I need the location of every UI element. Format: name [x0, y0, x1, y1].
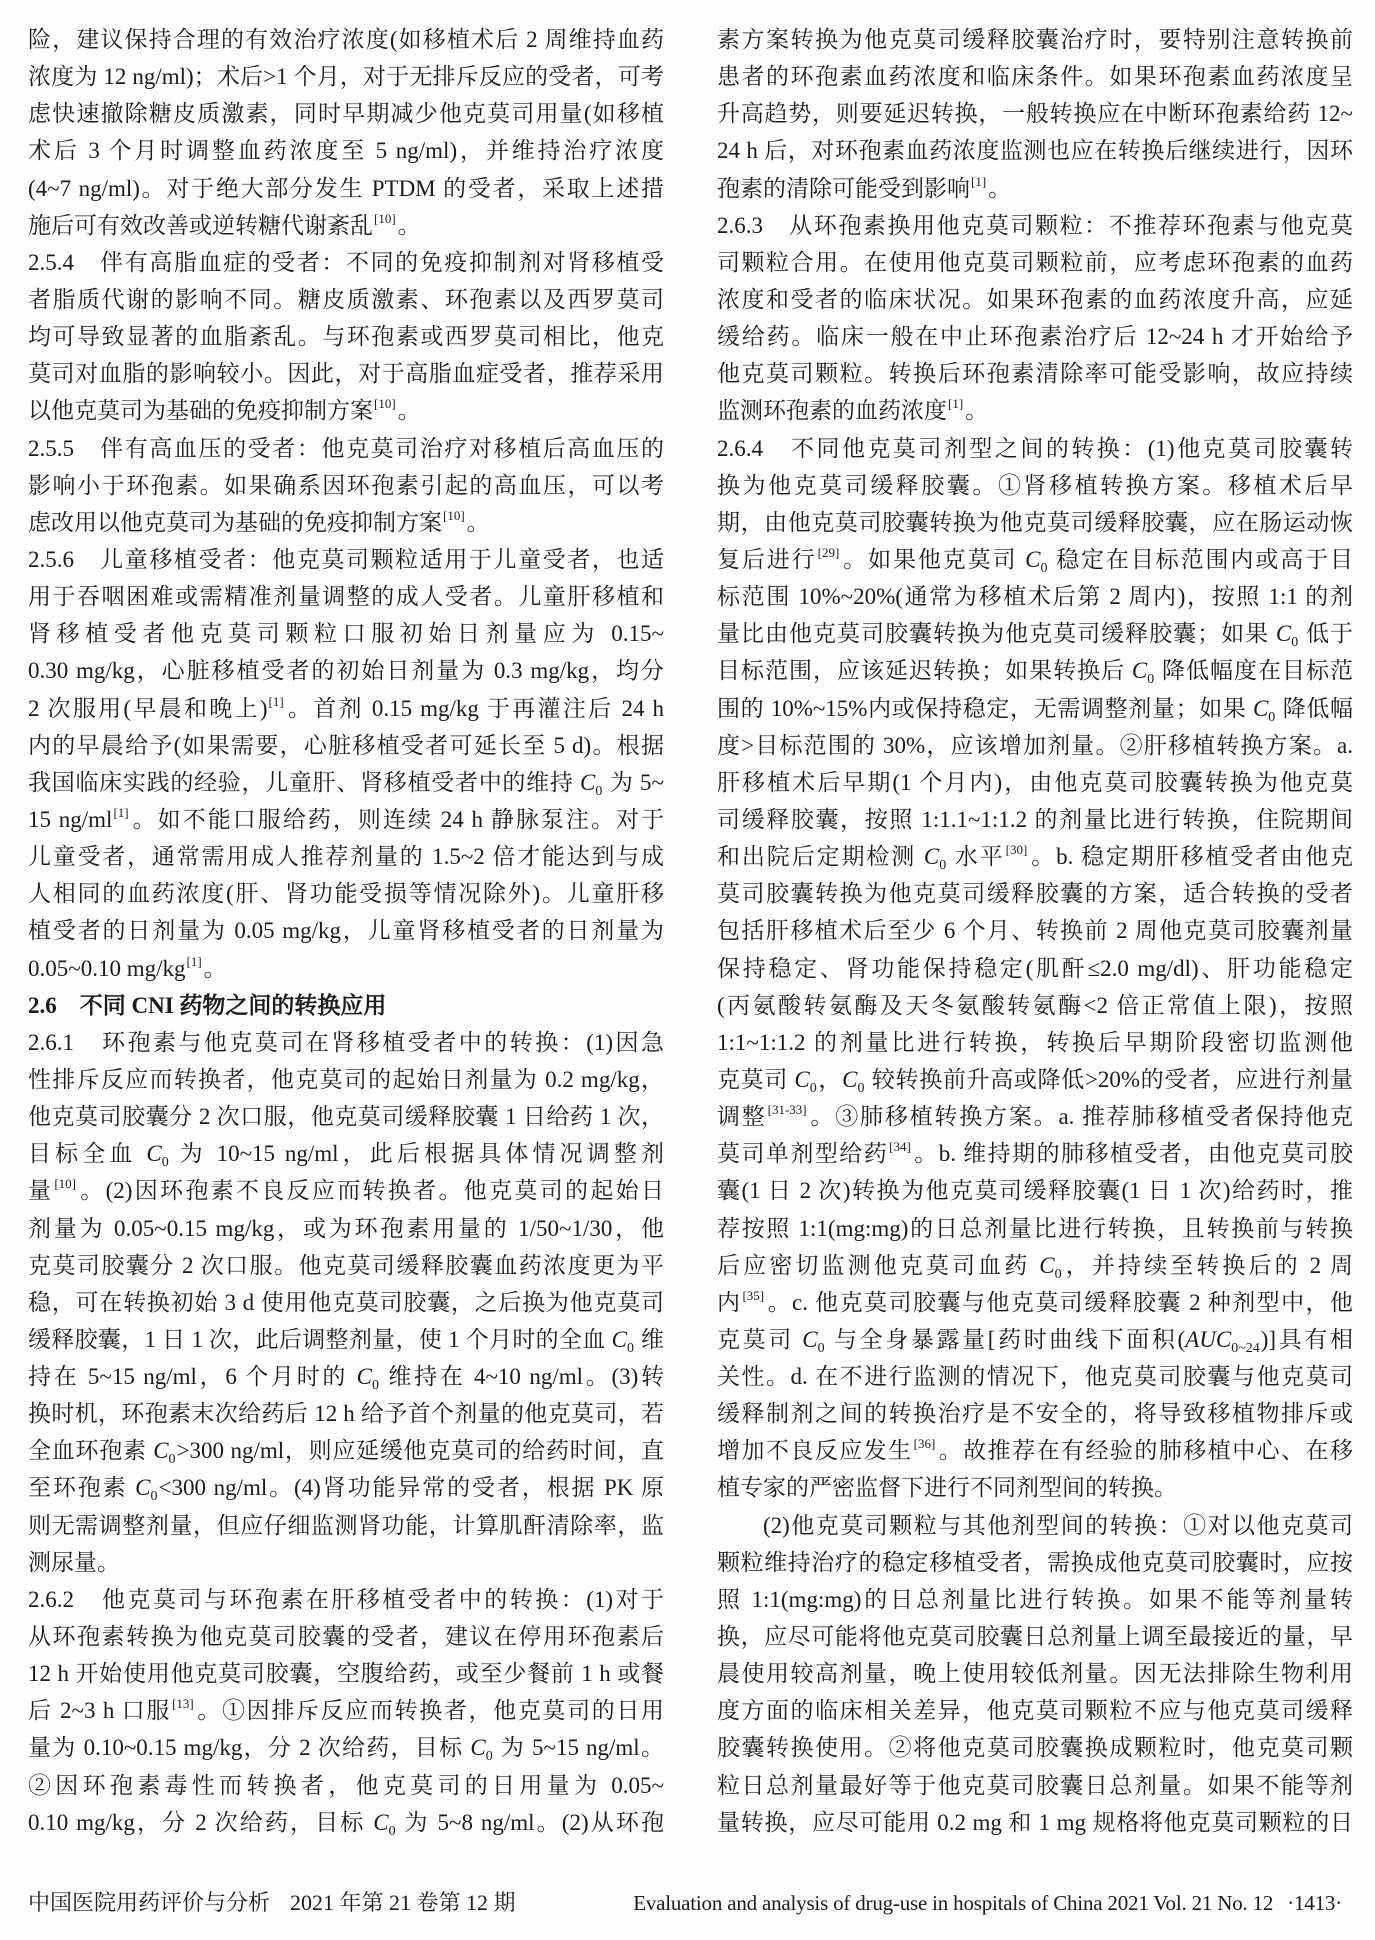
text-line: 儿童受者，通常需用成人推荐剂量的 1.5~2 倍才能达到与成 [28, 838, 664, 875]
text-line: 缓释制剂之间的转换治疗是不安全的，将导致移植物排斥或 [717, 1395, 1353, 1432]
text-line: 司缓释胶囊，按照 1:1.1~1:1.2 的剂量比进行转换，住院期间 [717, 801, 1353, 838]
text-line: 性排斥反应而转换者，他克莫司的起始日剂量为 0.2 mg/kg， [28, 1061, 664, 1098]
text-line: 度>目标范围的 30%，应该增加剂量。②肝移植转换方案。a. [717, 727, 1353, 764]
citation-superscript: [29] [818, 545, 840, 560]
text-line: 浓度和受者的临床状况。如果环孢素的血药浓度升高，应延 [717, 281, 1353, 318]
text-run: 。(2)因环孢素不良反应而转换者。他克莫司的起始日 [78, 1178, 664, 1203]
text-line: 照 1:1(mg:mg)的日总剂量比进行转换。如果不能等剂量转 [717, 1581, 1353, 1618]
text-run: 度方面的临床相关差异，他克莫司颗粒不应与他克莫司缓释 [717, 1698, 1353, 1723]
text-run: 以他克莫司为基础的免疫抑制方案 [28, 398, 373, 423]
text-run: 施后可有效改善或逆转糖代谢紊乱 [28, 213, 373, 238]
text-run: 植受者的日剂量为 0.05 mg/kg，儿童肾移植受者的日剂量为 [28, 918, 664, 943]
text-line: 植专家的严密监督下进行不同剂型间的转换。 [717, 1469, 1353, 1506]
text-line: 换时机，环孢素末次给药后 12 h 给予首个剂量的他克莫司，若 [28, 1395, 664, 1432]
text-run: 。 [965, 398, 988, 423]
text-line: 施后可有效改善或逆转糖代谢紊乱[10]。 [28, 207, 664, 244]
text-line: 内的早晨给予(如果需要，心脏移植受者可延长至 5 d)。根据 [28, 727, 664, 764]
text-run: 目标全血 [28, 1141, 146, 1166]
text-line: 他克莫司颗粒。转换后环孢素清除率可能受影响，故应持续 [717, 355, 1353, 392]
text-run: 缓给药。临床一般在中止环孢素治疗后 12~24 h 才开始给予 [717, 324, 1353, 349]
citation-superscript: [10] [374, 211, 396, 226]
text-run: 复后进行 [717, 547, 817, 572]
text-line: 持在 5~15 ng/ml，6 个月时的 C0 维持在 4~10 ng/ml。(… [28, 1358, 664, 1395]
citation-superscript: [35] [742, 1288, 764, 1303]
text-line: 司颗粒合用。在使用他克莫司颗粒前，应考虑环孢素的血药 [717, 244, 1353, 281]
text-run: 。如不能口服给药，则连续 24 h 静脉泵注。对于 [131, 807, 664, 832]
text-run: 量比由他克莫司胶囊转换为他克莫司缓释胶囊；如果 [717, 621, 1276, 646]
subscript: 0~24 [1231, 1341, 1260, 1356]
text-line: 后应密切监测他克莫司血药 C0，并持续至转换后的 2 周 [717, 1247, 1353, 1284]
text-line: (4~7 ng/ml)。对于绝大部分发生 PTDM 的受者，采取上述措 [28, 170, 664, 207]
text-run: 剂量为 0.05~0.15 mg/kg，或为环孢素用量的 1/50~1/30，他 [28, 1216, 664, 1241]
text-line: 包括肝移植术后至少 6 个月、转换前 2 周他克莫司胶囊剂量 [717, 912, 1353, 949]
text-run: 。 [398, 398, 421, 423]
citation-superscript: [1] [948, 396, 963, 411]
text-run: 2 次服用(早晨和晚上) [28, 696, 267, 721]
citation-superscript: [1] [113, 805, 128, 820]
text-line: 险，建议保持合理的有效治疗浓度(如移植术后 2 周维持血药 [28, 21, 664, 58]
subscript: 0 [389, 1824, 396, 1839]
text-line: 关性。d. 在不进行监测的情况下，他克莫司胶囊与他克莫司 [717, 1358, 1353, 1395]
text-run: 维 [635, 1327, 664, 1352]
text-run: 2.6.1 环孢素与他克莫司在肾移植受者中的转换：(1)因急 [28, 1030, 664, 1055]
text-run: 内 [717, 1290, 741, 1315]
italic-symbol: C [1132, 658, 1147, 683]
text-run: 水平 [947, 844, 1004, 869]
text-run: 围的 10%~15%内或保持稳定，无需调整剂量；如果 [717, 696, 1253, 721]
text-run: <300 ng/ml。(4)肾功能异常的受者，根据 PK 原 [158, 1475, 664, 1500]
text-line: (丙氨酸转氨酶及天冬氨酸转氨酶<2 倍正常值上限)，按照 [717, 987, 1353, 1024]
text-line: 度方面的临床相关差异，他克莫司颗粒不应与他克莫司缓释 [717, 1692, 1353, 1729]
text-run: 降低幅 [1276, 696, 1353, 721]
text-run: 后 2~3 h 口服 [28, 1698, 171, 1723]
text-run: 较转换前升高或降低>20%的受者，应进行剂量 [865, 1067, 1353, 1092]
text-run: 从环孢素转换为他克莫司胶囊的受者，建议在停用环孢素后 [28, 1624, 664, 1649]
text-run: 15 ng/ml [28, 807, 112, 832]
italic-symbol: AUC [1185, 1327, 1231, 1352]
text-run: 2.6.2 他克莫司与环孢素在肝移植受者中的转换：(1)对于 [28, 1587, 664, 1612]
journal-page: 险，建议保持合理的有效治疗浓度(如移植术后 2 周维持血药浓度为 12 ng/m… [0, 0, 1375, 1940]
subscript: 0 [372, 1378, 379, 1393]
text-run: 司缓释胶囊，按照 1:1.1~1:1.2 的剂量比进行转换，住院期间 [717, 807, 1353, 832]
left-column: 险，建议保持合理的有效治疗浓度(如移植术后 2 周维持血药浓度为 12 ng/m… [28, 21, 664, 1841]
text-line: 1:1~1:1.2 的剂量比进行转换，转换后早期阶段密切监测他 [717, 1024, 1353, 1061]
text-line: 稳，可在转换初始 3 d 使用他克莫司胶囊，之后换为他克莫司 [28, 1284, 664, 1321]
text-line: 缓释胶囊，1 日 1 次，此后调整剂量，使 1 个月时的全血 C0 维 [28, 1321, 664, 1358]
text-run: 莫司胶囊转换为他克莫司缓释胶囊的方案，适合转换的受者 [717, 881, 1353, 906]
text-run: 换为他克莫司缓释胶囊。①肾移植转换方案。移植术后早 [717, 473, 1353, 498]
italic-symbol: C [373, 1810, 388, 1835]
text-run: 则无需调整剂量，但应仔细监测肾功能，计算肌酐清除率，监 [28, 1513, 664, 1538]
text-line: 者脂质代谢的影响不同。糖皮质激素、环孢素以及西罗莫司 [28, 281, 664, 318]
text-run: 为 10~15 ng/ml，此后根据具体情况调整剂 [170, 1141, 664, 1166]
text-line: 肝移植术后早期(1 个月内)，由他克莫司胶囊转换为他克莫 [717, 764, 1353, 801]
text-run: 24 h 后，对环孢素血药浓度监测也应在转换后继续进行，因环 [717, 138, 1353, 163]
page-footer-left: 中国医院用药评价与分析2021 年第 21 卷第 12 期 [28, 1888, 516, 1918]
text-run: 他克莫司胶囊分 2 次口服，他克莫司缓释胶囊 1 日给药 1 次， [28, 1104, 664, 1129]
italic-symbol: C [357, 1364, 372, 1389]
text-run: 维持在 4~10 ng/ml。(3)转 [380, 1364, 664, 1389]
text-run: 1:1~1:1.2 的剂量比进行转换，转换后早期阶段密切监测他 [717, 1030, 1353, 1055]
italic-symbol: C [1025, 547, 1040, 572]
italic-symbol: C [612, 1327, 627, 1352]
citation-superscript: [1] [268, 694, 283, 709]
text-run: 0.10 mg/kg，分 2 次给药，目标 [28, 1810, 373, 1835]
text-run: 影响小于环孢素。如果确系因环孢素引起的高血压，可以考 [28, 473, 664, 498]
text-run: 者脂质代谢的影响不同。糖皮质激素、环孢素以及西罗莫司 [28, 287, 664, 312]
text-line: 晨使用较高剂量，晚上使用较低剂量。因无法排除生物利用 [717, 1655, 1353, 1692]
text-run: 术后 3 个月时调整血药浓度至 5 ng/ml)，并维持治疗浓度 [28, 138, 664, 163]
text-line: 荐按照 1:1(mg:mg)的日总剂量比进行转换，且转换前与转换 [717, 1210, 1353, 1247]
page-number: ·1413· [1287, 1891, 1342, 1915]
text-run: 升高趋势，则要延迟转换，一般转换应在中断环孢素给药 12~ [717, 101, 1353, 126]
text-line: 植受者的日剂量为 0.05 mg/kg，儿童肾移植受者的日剂量为 [28, 912, 664, 949]
citation-superscript: [36] [914, 1436, 936, 1451]
italic-symbol: C [1276, 621, 1291, 646]
text-run: )]具有相 [1261, 1327, 1353, 1352]
citation-superscript: [1] [971, 174, 986, 189]
citation-superscript: [13] [172, 1696, 194, 1711]
text-run: 持在 5~15 ng/ml，6 个月时的 [28, 1364, 357, 1389]
text-run: 2.5.5 伴有高血压的受者：他克莫司治疗对移植后高血压的 [28, 436, 664, 461]
text-run: 浓度和受者的临床状况。如果环孢素的血药浓度升高，应延 [717, 287, 1353, 312]
text-run: 内的早晨给予(如果需要，心脏移植受者可延长至 5 d)。根据 [28, 733, 664, 758]
text-line: 12 h 开始使用他克莫司胶囊，空腹给药，或至少餐前 1 h 或餐 [28, 1655, 664, 1692]
text-run: 低于 [1299, 621, 1353, 646]
text-run: 克莫司 [717, 1327, 802, 1352]
text-line: 内[35]。c. 他克莫司胶囊与他克莫司缓释胶囊 2 种剂型中，他 [717, 1284, 1353, 1321]
italic-symbol: C [1253, 696, 1268, 721]
text-run: 缓释制剂之间的转换治疗是不安全的，将导致移植物排斥或 [717, 1401, 1353, 1426]
text-run: 颗粒维持治疗的稳定移植受者，需换成他克莫司胶囊时，应按 [717, 1550, 1353, 1575]
text-line: 围的 10%~15%内或保持稳定，无需调整剂量；如果 C0 降低幅 [717, 690, 1353, 727]
section-heading: 2.6 不同 CNI 药物之间的转换应用 [28, 993, 386, 1018]
text-line: 粒日总剂量最好等于他克莫司胶囊日总剂量。如果不能等剂 [717, 1767, 1353, 1804]
italic-symbol: C [1039, 1253, 1054, 1278]
text-line: 监测环孢素的血药浓度[1]。 [717, 392, 1353, 429]
text-run: 后应密切监测他克莫司血药 [717, 1253, 1039, 1278]
subscript: 0 [857, 1081, 864, 1096]
text-run: 。 [204, 956, 227, 981]
text-run: 监测环孢素的血药浓度 [717, 398, 947, 423]
text-line: 15 ng/ml[1]。如不能口服给药，则连续 24 h 静脉泵注。对于 [28, 801, 664, 838]
text-run: 换时机，环孢素末次给药后 12 h 给予首个剂量的他克莫司，若 [28, 1401, 664, 1426]
text-run: 换，应尽可能将他克莫司胶囊日总剂量上调至最接近的量，早 [717, 1624, 1353, 1649]
text-run: 我国临床实践的经验，儿童肝、肾移植受者中的维持 [28, 770, 580, 795]
footer-journal-title-cn: 中国医院用药评价与分析 [28, 1890, 270, 1915]
text-run: 照 1:1(mg:mg)的日总剂量比进行转换。如果不能等剂量转 [717, 1587, 1353, 1612]
text-run: 均可导致显著的血脂紊乱。与环孢素或西罗莫司相比，他克 [28, 324, 664, 349]
text-run: 胶囊转换使用。②将他克莫司胶囊换成颗粒时，他克莫司颗 [717, 1735, 1353, 1760]
text-run: 粒日总剂量最好等于他克莫司胶囊日总剂量。如果不能等剂 [717, 1773, 1353, 1798]
italic-symbol: C [580, 770, 595, 795]
subscript: 0 [627, 1341, 634, 1356]
text-line: 全血环孢素 C0>300 ng/ml，则应延缓他克莫司的给药时间，直 [28, 1432, 664, 1469]
text-line: 影响小于环孢素。如果确系因环孢素引起的高血压，可以考 [28, 467, 664, 504]
text-run: 虑改用以他克莫司为基础的免疫抑制方案 [28, 510, 442, 535]
text-run: 素方案转换为他克莫司缓释胶囊治疗时，要特别注意转换前 [717, 27, 1353, 52]
text-line: 克莫司 C0，C0 较转换前升高或降低>20%的受者，应进行剂量 [717, 1061, 1353, 1098]
text-line: 换，应尽可能将他克莫司胶囊日总剂量上调至最接近的量，早 [717, 1618, 1353, 1655]
citation-superscript: [31-33] [768, 1102, 807, 1117]
subscript: 0 [810, 1081, 817, 1096]
subscript: 0 [162, 1155, 169, 1170]
text-line: 克莫司 C0 与全身暴露量[药时曲线下面积(AUC0~24)]具有相 [717, 1321, 1353, 1358]
text-line: 标范围 10%~20%(通常为移植术后第 2 周内)，按照 1:1 的剂 [717, 578, 1353, 615]
text-run: 与全身暴露量[药时曲线下面积( [826, 1327, 1186, 1352]
text-line: 素方案转换为他克莫司缓释胶囊治疗时，要特别注意转换前 [717, 21, 1353, 58]
text-run: 司颗粒合用。在使用他克莫司颗粒前，应考虑环孢素的血药 [717, 250, 1353, 275]
text-line: 虑快速撤除糖皮质激素，同时早期减少他克莫司用量(如移植 [28, 95, 664, 132]
text-line: 期，由他克莫司胶囊转换为他克莫司缓释胶囊，应在肠运动恢 [717, 504, 1353, 541]
text-run: 。 [398, 213, 421, 238]
text-line: 2.5.4 伴有高脂血症的受者：不同的免疫抑制剂对肾移植受 [28, 244, 664, 281]
text-run: 量为 0.10~0.15 mg/kg，分 2 次给药，目标 [28, 1735, 470, 1760]
text-run: 度>目标范围的 30%，应该增加剂量。②肝移植转换方案。a. [717, 733, 1353, 758]
text-line: 增加不良反应发生[36]。故推荐在有经验的肺移植中心、在移 [717, 1432, 1353, 1469]
text-run: 。b. 稳定期肝移植受者由他克 [1029, 844, 1353, 869]
text-line: 克莫司胶囊分 2 次口服。他克莫司缓释胶囊血药浓度更为平 [28, 1247, 664, 1284]
text-line: 0.05~0.10 mg/kg[1]。 [28, 950, 664, 987]
text-line: 2.6.1 环孢素与他克莫司在肾移植受者中的转换：(1)因急 [28, 1024, 664, 1061]
text-line: 2.6.3 从环孢素换用他克莫司颗粒：不推荐环孢素与他克莫 [717, 207, 1353, 244]
section-heading-line: 2.6 不同 CNI 药物之间的转换应用 [28, 987, 664, 1024]
text-run: 囊(1 日 2 次)转换为他克莫司缓释胶囊(1 日 1 次)给药时，推 [717, 1178, 1353, 1203]
text-run: ，并持续至转换后的 2 周 [1063, 1253, 1353, 1278]
text-run: 。如果他克莫司 [841, 547, 1025, 572]
citation-superscript: [30] [1006, 842, 1028, 857]
text-run: 包括肝移植术后至少 6 个月、转换前 2 周他克莫司胶囊剂量 [717, 918, 1353, 943]
subscript: 0 [939, 858, 946, 873]
text-line: 莫司胶囊转换为他克莫司缓释胶囊的方案，适合转换的受者 [717, 875, 1353, 912]
citation-superscript: [10] [54, 1176, 76, 1191]
text-line: 2 次服用(早晨和晚上)[1]。首剂 0.15 mg/kg 于再灌注后 24 h [28, 690, 664, 727]
text-run: 目标范围，应该延迟转换；如果转换后 [717, 658, 1132, 683]
right-column: 素方案转换为他克莫司缓释胶囊治疗时，要特别注意转换前患者的环孢素血药浓度和临床条… [717, 21, 1353, 1841]
text-run: 增加不良反应发生 [717, 1438, 913, 1463]
italic-symbol: C [153, 1438, 168, 1463]
text-run: (2)他克莫司颗粒与其他剂型间的转换：①对以他克莫司 [763, 1513, 1353, 1538]
text-line: 量[10]。(2)因环孢素不良反应而转换者。他克莫司的起始日 [28, 1172, 664, 1209]
text-line: 量为 0.10~0.15 mg/kg，分 2 次给药，目标 C0 为 5~15 … [28, 1729, 664, 1766]
text-run: 全血环孢素 [28, 1438, 153, 1463]
text-run: 克莫司胶囊分 2 次口服。他克莫司缓释胶囊血药浓度更为平 [28, 1253, 664, 1278]
citation-superscript: [10] [374, 396, 396, 411]
text-line: 我国临床实践的经验，儿童肝、肾移植受者中的维持 C0 为 5~ [28, 764, 664, 801]
text-run: 至环孢素 [28, 1475, 135, 1500]
text-line: 量转换，应尽可能用 0.2 mg 和 1 mg 规格将他克莫司颗粒的日 [717, 1804, 1353, 1841]
italic-symbol: C [924, 844, 939, 869]
text-run: 为 5~ [603, 770, 664, 795]
text-run: 调整 [717, 1104, 767, 1129]
text-run: 标范围 10%~20%(通常为移植术后第 2 周内)，按照 1:1 的剂 [717, 584, 1353, 609]
subscript: 0 [1055, 1267, 1062, 1282]
text-run: >300 ng/ml，则应延缓他克莫司的给药时间，直 [177, 1438, 664, 1463]
text-run: 2.5.4 伴有高脂血症的受者：不同的免疫抑制剂对肾移植受 [28, 250, 664, 275]
text-line: 莫司单剂型给药[34]。b. 维持期的肺移植受者，由他克莫司胶 [717, 1135, 1353, 1172]
text-run: 肝移植术后早期(1 个月内)，由他克莫司胶囊转换为他克莫 [717, 770, 1353, 795]
text-line: 用于吞咽困难或需精准剂量调整的成人受者。儿童肝移植和 [28, 578, 664, 615]
text-run: 险，建议保持合理的有效治疗浓度(如移植术后 2 周维持血药 [28, 27, 664, 52]
text-line: 目标全血 C0 为 10~15 ng/ml，此后根据具体情况调整剂 [28, 1135, 664, 1172]
subscript: 0 [169, 1452, 176, 1467]
text-line: 缓给药。临床一般在中止环孢素治疗后 12~24 h 才开始给予 [717, 318, 1353, 355]
text-run: 2.6.4 不同他克莫司剂型之间的转换：(1)他克莫司胶囊转 [717, 436, 1353, 461]
text-line: (2)他克莫司颗粒与其他剂型间的转换：①对以他克莫司 [717, 1507, 1353, 1544]
subscript: 0 [818, 1341, 825, 1356]
italic-symbol: C [470, 1735, 485, 1760]
text-run: 虑快速撤除糖皮质激素，同时早期减少他克莫司用量(如移植 [28, 101, 664, 126]
subscript: 0 [1291, 635, 1298, 650]
text-line: 肾移植受者他克莫司颗粒口服初始日剂量应为 0.15~ [28, 615, 664, 652]
text-run: 为 5~15 ng/ml。 [494, 1735, 664, 1760]
text-line: 2.6.4 不同他克莫司剂型之间的转换：(1)他克莫司胶囊转 [717, 430, 1353, 467]
citation-superscript: [1] [186, 954, 201, 969]
subscript: 0 [150, 1489, 157, 1504]
text-run: 。 [988, 176, 1011, 201]
text-run: ②因环孢素毒性而转换者，他克莫司的日用量为 0.05~ [28, 1773, 664, 1798]
text-line: 2.6.2 他克莫司与环孢素在肝移植受者中的转换：(1)对于 [28, 1581, 664, 1618]
text-line: 则无需调整剂量，但应仔细监测肾功能，计算肌酐清除率，监 [28, 1507, 664, 1544]
subscript: 0 [1268, 710, 1275, 725]
text-run: 晨使用较高剂量，晚上使用较低剂量。因无法排除生物利用 [717, 1661, 1353, 1686]
text-line: 颗粒维持治疗的稳定移植受者，需换成他克莫司胶囊时，应按 [717, 1544, 1353, 1581]
text-line: ②因环孢素毒性而转换者，他克莫司的日用量为 0.05~ [28, 1767, 664, 1804]
text-run: 关性。d. 在不进行监测的情况下，他克莫司胶囊与他克莫司 [717, 1364, 1353, 1389]
text-run: 儿童受者，通常需用成人推荐剂量的 1.5~2 倍才能达到与成 [28, 844, 664, 869]
text-line: 莫司对血脂的影响较小。因此，对于高脂血症受者，推荐采用 [28, 355, 664, 392]
text-run: 0.30 mg/kg，心脏移植受者的初始日剂量为 0.3 mg/kg，均分 [28, 658, 664, 683]
text-line: 升高趋势，则要延迟转换，一般转换应在中断环孢素给药 12~ [717, 95, 1353, 132]
text-run: 莫司单剂型给药 [717, 1141, 888, 1166]
text-run: 患者的环孢素血药浓度和临床条件。如果环孢素血药浓度呈 [717, 64, 1353, 89]
text-line: 和出院后定期检测 C0 水平[30]。b. 稳定期肝移植受者由他克 [717, 838, 1353, 875]
text-line: 均可导致显著的血脂紊乱。与环孢素或西罗莫司相比，他克 [28, 318, 664, 355]
text-line: 后 2~3 h 口服[13]。①因排斥反应而转换者，他克莫司的日用 [28, 1692, 664, 1729]
text-line: 胶囊转换使用。②将他克莫司胶囊换成颗粒时，他克莫司颗 [717, 1729, 1353, 1766]
text-run: 2.6.3 从环孢素换用他克莫司颗粒：不推荐环孢素与他克莫 [717, 213, 1353, 238]
italic-symbol: C [842, 1067, 857, 1092]
text-run: 0.05~0.10 mg/kg [28, 956, 185, 981]
text-line: 目标范围，应该延迟转换；如果转换后 C0 降低幅度在目标范 [717, 652, 1353, 689]
text-run: 。③肺移植转换方案。a. 推荐肺移植受者保持他克 [809, 1104, 1353, 1129]
text-run: 用于吞咽困难或需精准剂量调整的成人受者。儿童肝移植和 [28, 584, 664, 609]
text-run: 保持稳定、肾功能保持稳定(肌酐≤2.0 mg/dl)、肝功能稳定 [717, 956, 1353, 981]
text-run: 植专家的严密监督下进行不同剂型间的转换。 [717, 1475, 1177, 1500]
text-run: 量转换，应尽可能用 0.2 mg 和 1 mg 规格将他克莫司颗粒的日 [717, 1810, 1353, 1835]
text-line: 换为他克莫司缓释胶囊。①肾移植转换方案。移植术后早 [717, 467, 1353, 504]
text-line: 他克莫司胶囊分 2 次口服，他克莫司缓释胶囊 1 日给药 1 次， [28, 1098, 664, 1135]
subscript: 0 [1147, 672, 1154, 687]
subscript: 0 [595, 784, 602, 799]
text-line: 术后 3 个月时调整血药浓度至 5 ng/ml)，并维持治疗浓度 [28, 132, 664, 169]
text-run: 缓释胶囊，1 日 1 次，此后调整剂量，使 1 个月时的全血 [28, 1327, 612, 1352]
text-run: 性排斥反应而转换者，他克莫司的起始日剂量为 0.2 mg/kg， [28, 1067, 664, 1092]
text-run: 测尿量。 [28, 1550, 120, 1575]
text-line: 调整[31-33]。③肺移植转换方案。a. 推荐肺移植受者保持他克 [717, 1098, 1353, 1135]
text-run: 他克莫司颗粒。转换后环孢素清除率可能受影响，故应持续 [717, 361, 1353, 386]
italic-symbol: C [802, 1327, 817, 1352]
footer-issue-cn: 2021 年第 21 卷第 12 期 [290, 1890, 516, 1915]
text-line: 测尿量。 [28, 1544, 664, 1581]
text-run: 期，由他克莫司胶囊转换为他克莫司缓释胶囊，应在肠运动恢 [717, 510, 1353, 535]
text-run: 浓度为 12 ng/ml)；术后>1 个月，对于无排斥反应的受者，可考 [28, 64, 664, 89]
text-line: 复后进行[29]。如果他克莫司 C0 稳定在目标范围内或高于目 [717, 541, 1353, 578]
text-run: 量 [28, 1178, 53, 1203]
text-line: 以他克莫司为基础的免疫抑制方案[10]。 [28, 392, 664, 429]
text-run: 。①因排斥反应而转换者，他克莫司的日用 [196, 1698, 664, 1723]
text-run: (4~7 ng/ml)。对于绝大部分发生 PTDM 的受者，采取上述措 [28, 176, 664, 201]
text-run: 。故推荐在有经验的肺移植中心、在移 [937, 1438, 1353, 1463]
text-line: 0.10 mg/kg，分 2 次给药，目标 C0 为 5~8 ng/ml。(2)… [28, 1804, 664, 1841]
text-run: 孢素的清除可能受到影响 [717, 176, 970, 201]
text-run: 。b. 维持期的肺移植受者，由他克莫司胶 [913, 1141, 1353, 1166]
text-line: 囊(1 日 2 次)转换为他克莫司缓释胶囊(1 日 1 次)给药时，推 [717, 1172, 1353, 1209]
citation-superscript: [10] [443, 508, 465, 523]
text-run: 稳定在目标范围内或高于目 [1048, 547, 1353, 572]
subscript: 0 [486, 1749, 493, 1764]
text-run: 2.5.6 儿童移植受者：他克莫司颗粒适用于儿童受者，也适 [28, 547, 664, 572]
text-run: (丙氨酸转氨酶及天冬氨酸转氨酶<2 倍正常值上限)，按照 [717, 993, 1353, 1018]
text-line: 2.5.5 伴有高血压的受者：他克莫司治疗对移植后高血压的 [28, 430, 664, 467]
citation-superscript: [34] [889, 1139, 911, 1154]
text-line: 保持稳定、肾功能保持稳定(肌酐≤2.0 mg/dl)、肝功能稳定 [717, 950, 1353, 987]
text-line: 剂量为 0.05~0.15 mg/kg，或为环孢素用量的 1/50~1/30，他 [28, 1210, 664, 1247]
text-run: 。首剂 0.15 mg/kg 于再灌注后 24 h [286, 696, 664, 721]
text-run: 肾移植受者他克莫司颗粒口服初始日剂量应为 0.15~ [28, 621, 664, 646]
text-line: 从环孢素转换为他克莫司胶囊的受者，建议在停用环孢素后 [28, 1618, 664, 1655]
text-run: 12 h 开始使用他克莫司胶囊，空腹给药，或至少餐前 1 h 或餐 [28, 1661, 664, 1686]
footer-journal-title-en: Evaluation and analysis of drug-use in h… [633, 1891, 1273, 1915]
text-line: 至环孢素 C0<300 ng/ml。(4)肾功能异常的受者，根据 PK 原 [28, 1469, 664, 1506]
italic-symbol: C [794, 1067, 809, 1092]
text-run: 。c. 他克莫司胶囊与他克莫司缓释胶囊 2 种剂型中，他 [766, 1290, 1353, 1315]
text-run: 莫司对血脂的影响较小。因此，对于高脂血症受者，推荐采用 [28, 361, 664, 386]
text-run: 降低幅度在目标范 [1155, 658, 1353, 683]
text-run: 。 [467, 510, 490, 535]
italic-symbol: C [135, 1475, 150, 1500]
text-line: 0.30 mg/kg，心脏移植受者的初始日剂量为 0.3 mg/kg，均分 [28, 652, 664, 689]
italic-symbol: C [146, 1141, 161, 1166]
text-run: 克莫司 [717, 1067, 794, 1092]
text-line: 人相同的血药浓度(肝、肾功能受损等情况除外)。儿童肝移 [28, 875, 664, 912]
text-line: 孢素的清除可能受到影响[1]。 [717, 170, 1353, 207]
text-run: 荐按照 1:1(mg:mg)的日总剂量比进行转换，且转换前与转换 [717, 1216, 1353, 1241]
text-line: 浓度为 12 ng/ml)；术后>1 个月，对于无排斥反应的受者，可考 [28, 58, 664, 95]
text-line: 24 h 后，对环孢素血药浓度监测也应在转换后继续进行，因环 [717, 132, 1353, 169]
page-footer-right: Evaluation and analysis of drug-use in h… [633, 1888, 1342, 1918]
text-line: 虑改用以他克莫司为基础的免疫抑制方案[10]。 [28, 504, 664, 541]
subscript: 0 [1040, 561, 1047, 576]
text-line: 2.5.6 儿童移植受者：他克莫司颗粒适用于儿童受者，也适 [28, 541, 664, 578]
text-run: ， [818, 1067, 842, 1092]
text-line: 患者的环孢素血药浓度和临床条件。如果环孢素血药浓度呈 [717, 58, 1353, 95]
text-run: 和出院后定期检测 [717, 844, 924, 869]
text-line: 量比由他克莫司胶囊转换为他克莫司缓释胶囊；如果 C0 低于 [717, 615, 1353, 652]
text-run: 为 5~8 ng/ml。(2)从环孢 [397, 1810, 664, 1835]
text-run: 稳，可在转换初始 3 d 使用他克莫司胶囊，之后换为他克莫司 [28, 1290, 664, 1315]
text-run: 人相同的血药浓度(肝、肾功能受损等情况除外)。儿童肝移 [28, 881, 664, 906]
